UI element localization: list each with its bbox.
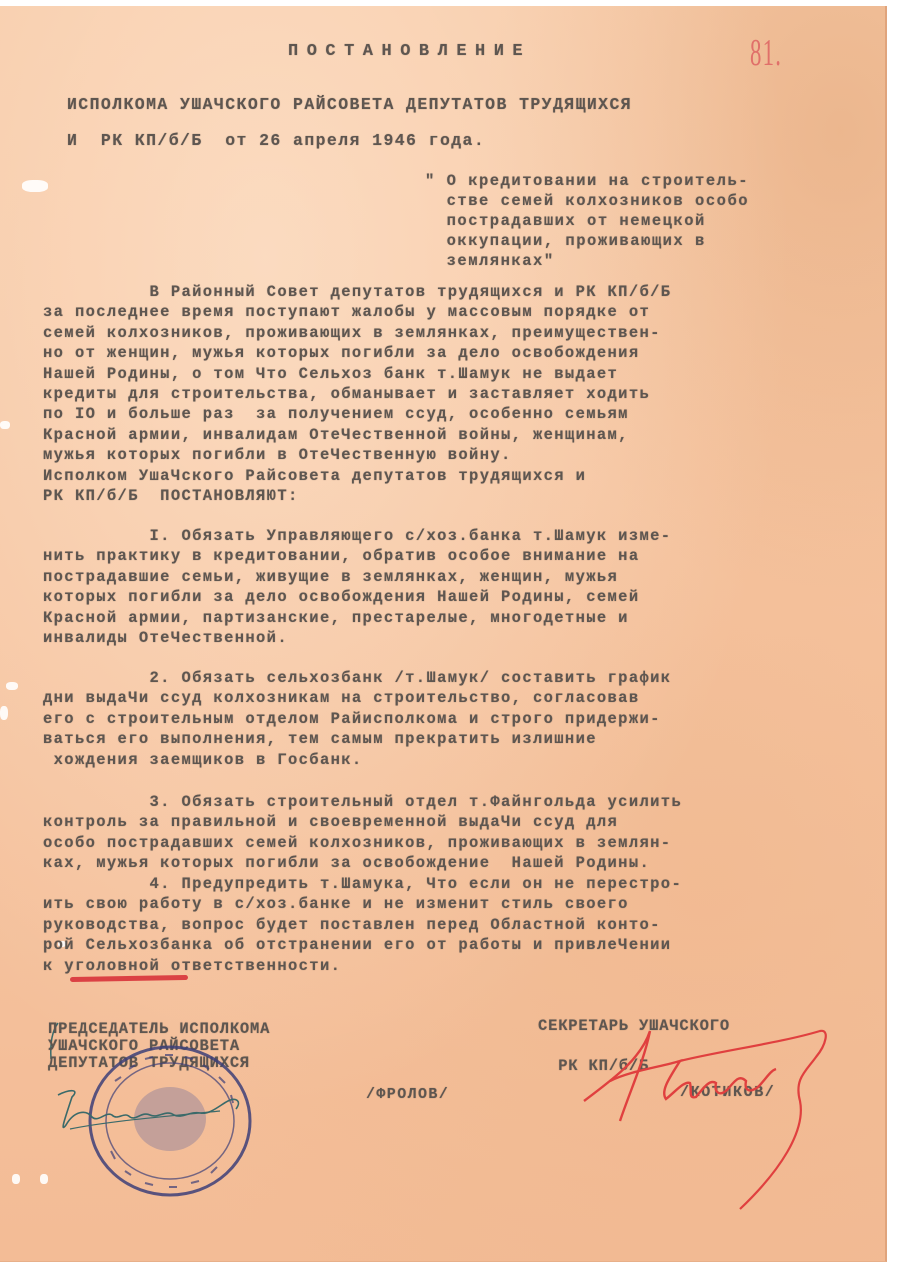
secretary-signature bbox=[580, 1021, 840, 1211]
header-issuer: ИСПОЛКОМА УШАЧСКОГО РАЙСОВЕТА ДЕПУТАТОВ … bbox=[67, 95, 632, 114]
intro-paragraph: В Районный Совет депутатов трудящихся и … bbox=[43, 282, 671, 506]
resolution-point-1: I. Обязать Управляющего с/хоз.банка т.Ша… bbox=[43, 526, 671, 648]
red-strikethrough-mark bbox=[70, 975, 188, 982]
paper-tear bbox=[0, 706, 8, 720]
paper-tear bbox=[40, 1174, 48, 1184]
subject-heading: " О кредитовании на строитель- стве семе… bbox=[425, 171, 749, 271]
resolution-point-3: 3. Обязать строительный отдел т.Файнголь… bbox=[43, 792, 682, 874]
chairman-name: /ФРОЛОВ/ bbox=[366, 1086, 449, 1103]
archive-number: 81. bbox=[750, 31, 782, 75]
paper-tear bbox=[6, 682, 18, 690]
paper-tear bbox=[0, 421, 10, 429]
paper-tear bbox=[12, 1174, 20, 1184]
header-date: И РК КП/б/Б от 26 апреля 1946 года. bbox=[67, 131, 485, 150]
chairman-signature bbox=[50, 1081, 250, 1141]
resolution-point-4: 4. Предупредить т.Шамука, Что если он не… bbox=[43, 874, 682, 976]
document-title: ПОСТАНОВЛЕНИЕ bbox=[288, 42, 531, 61]
document-page: ПОСТАНОВЛЕНИЕ 81. ИСПОЛКОМА УШАЧСКОГО РА… bbox=[0, 6, 887, 1262]
resolution-point-2: 2. Обязать сельхозбанк /т.Шамук/ состави… bbox=[43, 668, 671, 770]
paper-tear bbox=[22, 180, 48, 192]
